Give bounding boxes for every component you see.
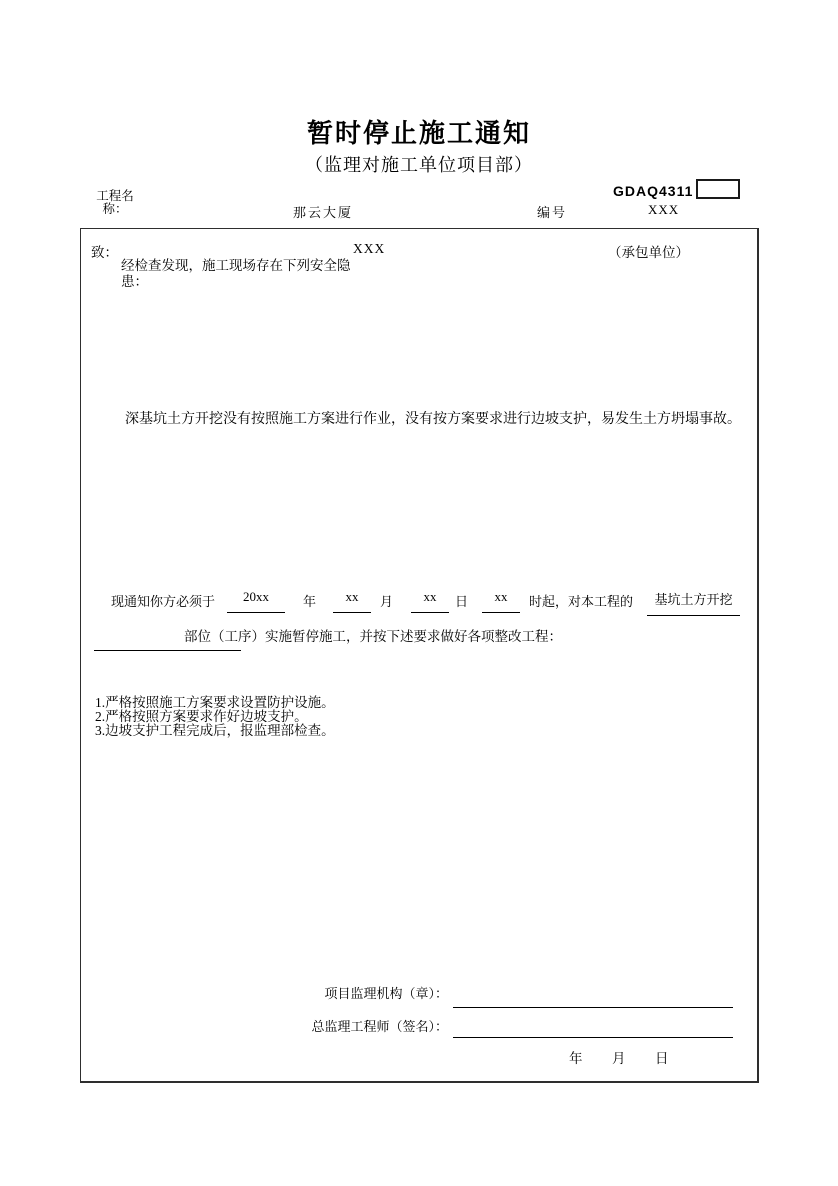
project-name-label: 工程名称： — [86, 190, 144, 216]
day-unit-label: 日 — [455, 591, 468, 610]
chief-engineer-label: 总监理工程师（签名）： — [233, 1016, 448, 1035]
to-value[interactable]: XXX — [353, 241, 385, 257]
section-continuation-blank[interactable] — [94, 634, 241, 651]
findings-text: 深基坑土方开挖没有按照施工方案进行作业，没有按方案要求进行边坡支护，易发生土方坍… — [125, 408, 741, 428]
agency-seal-label: 项目监理机构（章）： — [248, 983, 448, 1002]
form-code-text: GDAQ4311 — [613, 183, 693, 199]
requirements-list: 1.严格按照施工方案要求设置防护设施。 2.严格按照方案要求作好边坡支护。 3.… — [95, 696, 335, 738]
month-unit-label: 月 — [380, 591, 393, 610]
intro-paragraph: 经检查发现，施工现场存在下列安全隐患： — [121, 258, 359, 289]
form-code-block: GDAQ4311 — [613, 179, 740, 201]
requirement-item: 1.严格按照施工方案要求设置防护设施。 — [95, 696, 335, 710]
number-label: 编号 — [537, 202, 567, 221]
document-page: 暂时停止施工通知 （监理对施工单位项目部） GDAQ4311 工程名称： 那云大… — [0, 0, 838, 1186]
to-label: 致： — [91, 241, 118, 261]
requirement-item: 3.边坡支护工程完成后，报监理部检查。 — [95, 724, 335, 738]
notice-prefix: 现通知你方必须于 — [111, 591, 215, 610]
project-name-value: 那云大厦 — [293, 202, 353, 221]
month-blank[interactable]: xx — [333, 589, 371, 613]
chief-signature-line[interactable] — [453, 1018, 733, 1038]
number-value: XXX — [648, 202, 679, 218]
notice-middle: 时起，对本工程的 — [529, 591, 633, 610]
date-fill-in[interactable]: 年 月 日 — [569, 1047, 677, 1067]
document-subtitle: （监理对施工单位项目部） — [0, 151, 838, 177]
contractor-note: （承包单位） — [608, 241, 689, 261]
year-blank[interactable]: 20xx — [227, 589, 285, 613]
form-body-box: 致： XXX （承包单位） 经检查发现，施工现场存在下列安全隐患： 深基坑土方开… — [80, 228, 759, 1083]
year-unit-label: 年 — [303, 591, 316, 610]
document-title: 暂时停止施工通知 — [0, 113, 838, 150]
hour-blank[interactable]: xx — [482, 589, 520, 613]
work-section-blank[interactable]: 基坑土方开挖 — [647, 589, 740, 616]
day-blank[interactable]: xx — [411, 589, 449, 613]
requirement-item: 2.严格按照方案要求作好边坡支护。 — [95, 710, 335, 724]
agency-signature-line[interactable] — [453, 987, 733, 1008]
form-code-input-box[interactable] — [696, 179, 740, 199]
